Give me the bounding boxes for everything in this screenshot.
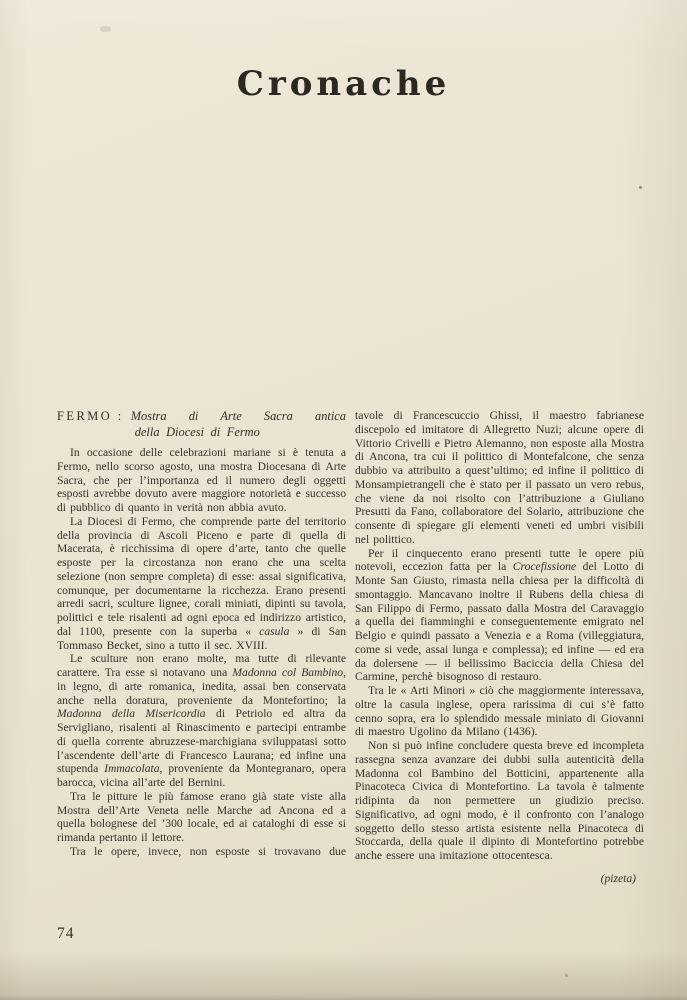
paper-speck — [100, 26, 111, 32]
paragraph: Tra le pitture le più famose erano già s… — [57, 790, 346, 845]
paragraph: Per il cinquecento erano presenti tutte … — [355, 547, 644, 685]
page-number: 74 — [57, 925, 75, 943]
article-title-line2: della Diocesi di Fermo — [131, 425, 346, 441]
right-column: tavole di Francescuccio Ghissi, il maest… — [355, 409, 644, 886]
author-signature: (pizeta) — [355, 872, 644, 886]
article-title-line1: Mostra di Arte Sacra antica — [131, 409, 346, 425]
paragraph: La Diocesi di Fermo, che comprende parte… — [57, 515, 346, 653]
paragraph: Le sculture non erano molte, ma tutte di… — [57, 652, 346, 790]
paper-speck — [639, 186, 642, 189]
article-location-label: FERMO : — [57, 409, 124, 425]
article-body: FERMO : Mostra di Arte Sacra antica dell… — [57, 409, 644, 886]
left-column: FERMO : Mostra di Arte Sacra antica dell… — [57, 409, 346, 886]
right-column-text: tavole di Francescuccio Ghissi, il maest… — [355, 409, 644, 863]
paragraph: tavole di Francescuccio Ghissi, il maest… — [355, 409, 644, 547]
paragraph: Tra le « Arti Minori » ciò che maggiorme… — [355, 684, 644, 739]
page-title: Cronache — [0, 64, 687, 104]
paragraph: Tra le opere, invece, non esposte si tro… — [57, 845, 346, 859]
article-title: Mostra di Arte Sacra antica della Dioces… — [131, 409, 346, 440]
scanned-magazine-page: Cronache FERMO : Mostra di Arte Sacra an… — [0, 0, 687, 1000]
paragraph: Non si può infine concludere questa brev… — [355, 739, 644, 863]
article-heading: FERMO : Mostra di Arte Sacra antica dell… — [57, 409, 346, 440]
paragraph: In occasione delle celebrazioni mariane … — [57, 446, 346, 515]
paper-speck — [565, 974, 568, 977]
left-column-text: In occasione delle celebrazioni mariane … — [57, 446, 346, 859]
